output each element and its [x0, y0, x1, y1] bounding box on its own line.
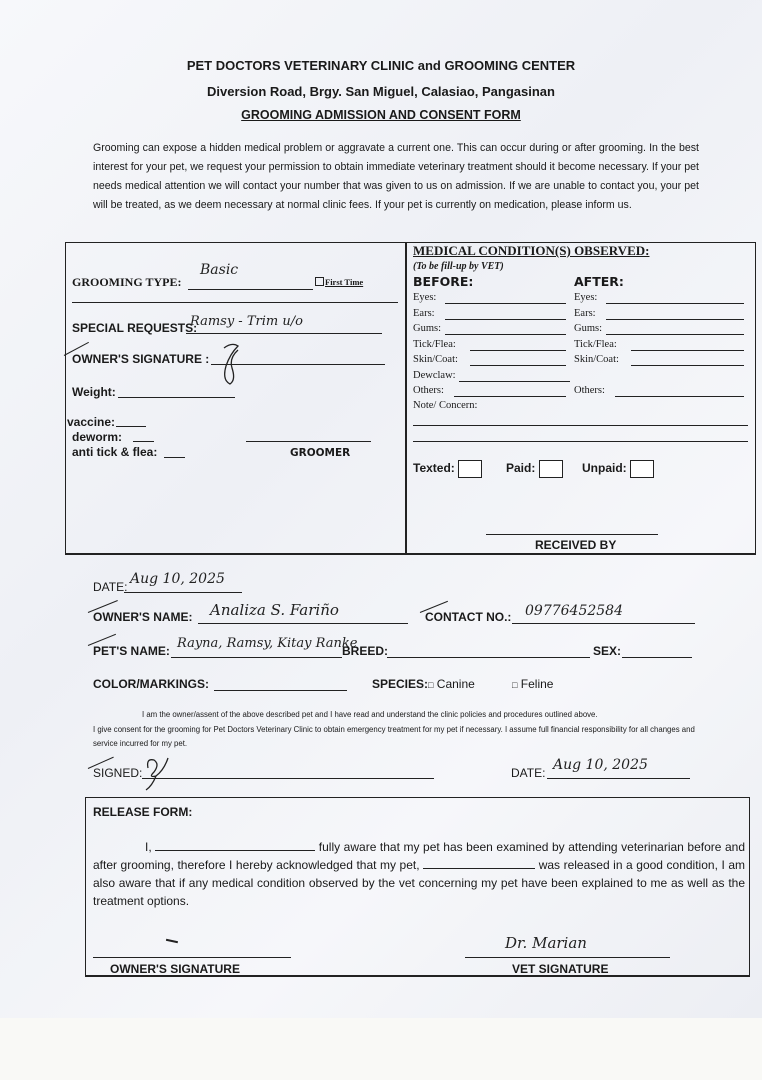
signed-label: SIGNED:: [93, 766, 142, 780]
release-owner-signature-line[interactable]: [93, 957, 291, 958]
after-field-input[interactable]: [606, 303, 744, 304]
before-field-input[interactable]: [459, 381, 570, 382]
contact-label: CONTACT NO.:: [425, 610, 511, 624]
before-field-row: Skin/Coat:: [413, 354, 458, 365]
consent-date-input[interactable]: Aug 10, 2025: [553, 757, 648, 773]
deworm-input[interactable]: [133, 441, 154, 442]
consent-text-line1: I am the owner/assent of the above descr…: [142, 710, 598, 719]
after-field-label: Skin/Coat:: [574, 354, 619, 365]
before-field-label: Eyes:: [413, 292, 436, 303]
owner-signature-scribble[interactable]: [220, 340, 242, 388]
vet-signature-input[interactable]: Dr. Marian: [505, 934, 587, 952]
before-field-label: Others:: [413, 385, 444, 396]
before-field-input[interactable]: [454, 396, 566, 397]
species-option-canine[interactable]: □ Canine: [428, 677, 475, 691]
after-field-input[interactable]: [615, 396, 744, 397]
received-by-line[interactable]: [486, 534, 658, 535]
before-field-label: Tick/Flea:: [413, 339, 456, 350]
anti-tick-flea-label: anti tick & flea:: [72, 445, 157, 459]
special-requests-input[interactable]: Ramsy - Trim u/o: [190, 314, 303, 329]
before-field-row: Ears:: [413, 308, 435, 319]
weight-input[interactable]: [118, 397, 235, 398]
note-line-1[interactable]: [413, 425, 748, 426]
before-field-input[interactable]: [470, 350, 566, 351]
before-field-label: Gums:: [413, 323, 441, 334]
release-text: I, fully aware that my pet has been exam…: [93, 838, 745, 910]
first-time-checkbox[interactable]: [315, 277, 324, 286]
pet-name-input[interactable]: Rayna, Ramsy, Kitay Ranke: [177, 636, 357, 651]
species-option-feline[interactable]: □ Feline: [512, 677, 553, 691]
grooming-type-label: GROOMING TYPE:: [72, 275, 181, 290]
after-field-input[interactable]: [631, 350, 744, 351]
owner-signature-label: OWNER'S SIGNATURE :: [72, 352, 209, 366]
paid-checkbox[interactable]: [539, 460, 563, 478]
after-field-input[interactable]: [606, 334, 744, 335]
note-concern-label: Note/ Concern:: [413, 400, 477, 411]
consent-date-label: DATE:: [511, 766, 545, 780]
vaccine-input[interactable]: [116, 426, 146, 427]
vet-signature-line[interactable]: [465, 957, 670, 958]
scan-background: [0, 1018, 762, 1080]
clinic-address: Diversion Road, Brgy. San Miguel, Calasi…: [0, 84, 762, 99]
sex-label: SEX:: [593, 644, 621, 658]
intro-paragraph: Grooming can expose a hidden medical pro…: [93, 139, 699, 215]
before-field-row: Others:: [413, 385, 444, 396]
canine-checkbox-icon: □: [428, 680, 433, 690]
before-field-label: Ears:: [413, 308, 435, 319]
vaccine-label: vaccine:: [67, 415, 115, 429]
breed-input[interactable]: [387, 657, 590, 658]
medical-title: MEDICAL CONDITION(S) OBSERVED:: [413, 243, 649, 259]
before-field-label: Dewclaw:: [413, 370, 456, 381]
groomer-signature-line[interactable]: [246, 441, 371, 442]
date-input[interactable]: Aug 10, 2025: [130, 571, 225, 587]
after-field-row: Tick/Flea:: [574, 339, 617, 350]
before-field-row: Gums:: [413, 323, 441, 334]
special-requests-label: SPECIAL REQUESTS:: [72, 321, 197, 335]
paid-label: Paid:: [506, 461, 535, 475]
after-field-input[interactable]: [606, 319, 744, 320]
before-field-row: Tick/Flea:: [413, 339, 456, 350]
deworm-label: deworm:: [72, 430, 122, 444]
feline-checkbox-icon: □: [512, 680, 517, 690]
before-field-input[interactable]: [445, 303, 566, 304]
first-time-label: First Time: [325, 277, 363, 287]
release-pet-name-blank[interactable]: [423, 858, 535, 869]
color-markings-input[interactable]: [214, 690, 347, 691]
consent-text: I give consent for the grooming for Pet …: [93, 723, 705, 751]
after-field-row: Others:: [574, 385, 605, 396]
texted-checkbox[interactable]: [458, 460, 482, 478]
box-divider: [405, 242, 407, 555]
consent-signature-scribble[interactable]: [142, 754, 176, 794]
after-field-label: Gums:: [574, 323, 602, 334]
before-field-row: Eyes:: [413, 292, 436, 303]
grooming-type-input[interactable]: Basic: [200, 262, 238, 278]
received-by-label: RECEIVED BY: [535, 538, 616, 552]
before-field-input[interactable]: [445, 334, 566, 335]
after-field-input[interactable]: [631, 365, 744, 366]
after-field-label: Eyes:: [574, 292, 597, 303]
release-title: RELEASE FORM:: [93, 805, 192, 819]
species-label: SPECIES:: [372, 677, 428, 691]
breed-label: BREED:: [342, 644, 388, 658]
clinic-name: PET DOCTORS VETERINARY CLINIC and GROOMI…: [0, 58, 762, 73]
owner-name-input[interactable]: Analiza S. Fariño: [210, 601, 339, 619]
date-label: DATE:: [93, 580, 127, 594]
contact-input[interactable]: 09776452584: [525, 603, 623, 619]
color-markings-label: COLOR/MARKINGS:: [93, 677, 209, 691]
after-field-label: Others:: [574, 385, 605, 396]
weight-label: Weight:: [72, 385, 116, 399]
vet-signature-label: VET SIGNATURE: [512, 962, 608, 976]
after-field-row: Skin/Coat:: [574, 354, 619, 365]
owner-name-label: OWNER'S NAME:: [93, 610, 193, 624]
release-owner-name-blank[interactable]: [155, 840, 315, 851]
before-field-input[interactable]: [470, 365, 566, 366]
groomer-label: GROOMER: [290, 447, 350, 459]
before-label: BEFORE:: [413, 274, 473, 289]
anti-tick-flea-input[interactable]: [164, 457, 185, 458]
note-line-2[interactable]: [413, 441, 748, 442]
unpaid-label: Unpaid:: [582, 461, 627, 475]
before-field-row: Dewclaw:: [413, 370, 456, 381]
after-field-row: Gums:: [574, 323, 602, 334]
after-field-label: Tick/Flea:: [574, 339, 617, 350]
form-title: GROOMING ADMISSION AND CONSENT FORM: [241, 108, 521, 122]
unpaid-checkbox[interactable]: [630, 460, 654, 478]
sex-input[interactable]: [622, 657, 692, 658]
after-label: AFTER:: [574, 274, 624, 289]
texted-label: Texted:: [413, 461, 455, 475]
after-field-label: Ears:: [574, 308, 596, 319]
medical-subtitle: (To be fill-up by VET): [413, 261, 504, 272]
release-owner-signature-label: OWNER'S SIGNATURE: [110, 962, 240, 976]
after-field-row: Ears:: [574, 308, 596, 319]
after-field-row: Eyes:: [574, 292, 597, 303]
before-field-label: Skin/Coat:: [413, 354, 458, 365]
pet-name-label: PET'S NAME:: [93, 644, 170, 658]
before-field-input[interactable]: [445, 319, 566, 320]
